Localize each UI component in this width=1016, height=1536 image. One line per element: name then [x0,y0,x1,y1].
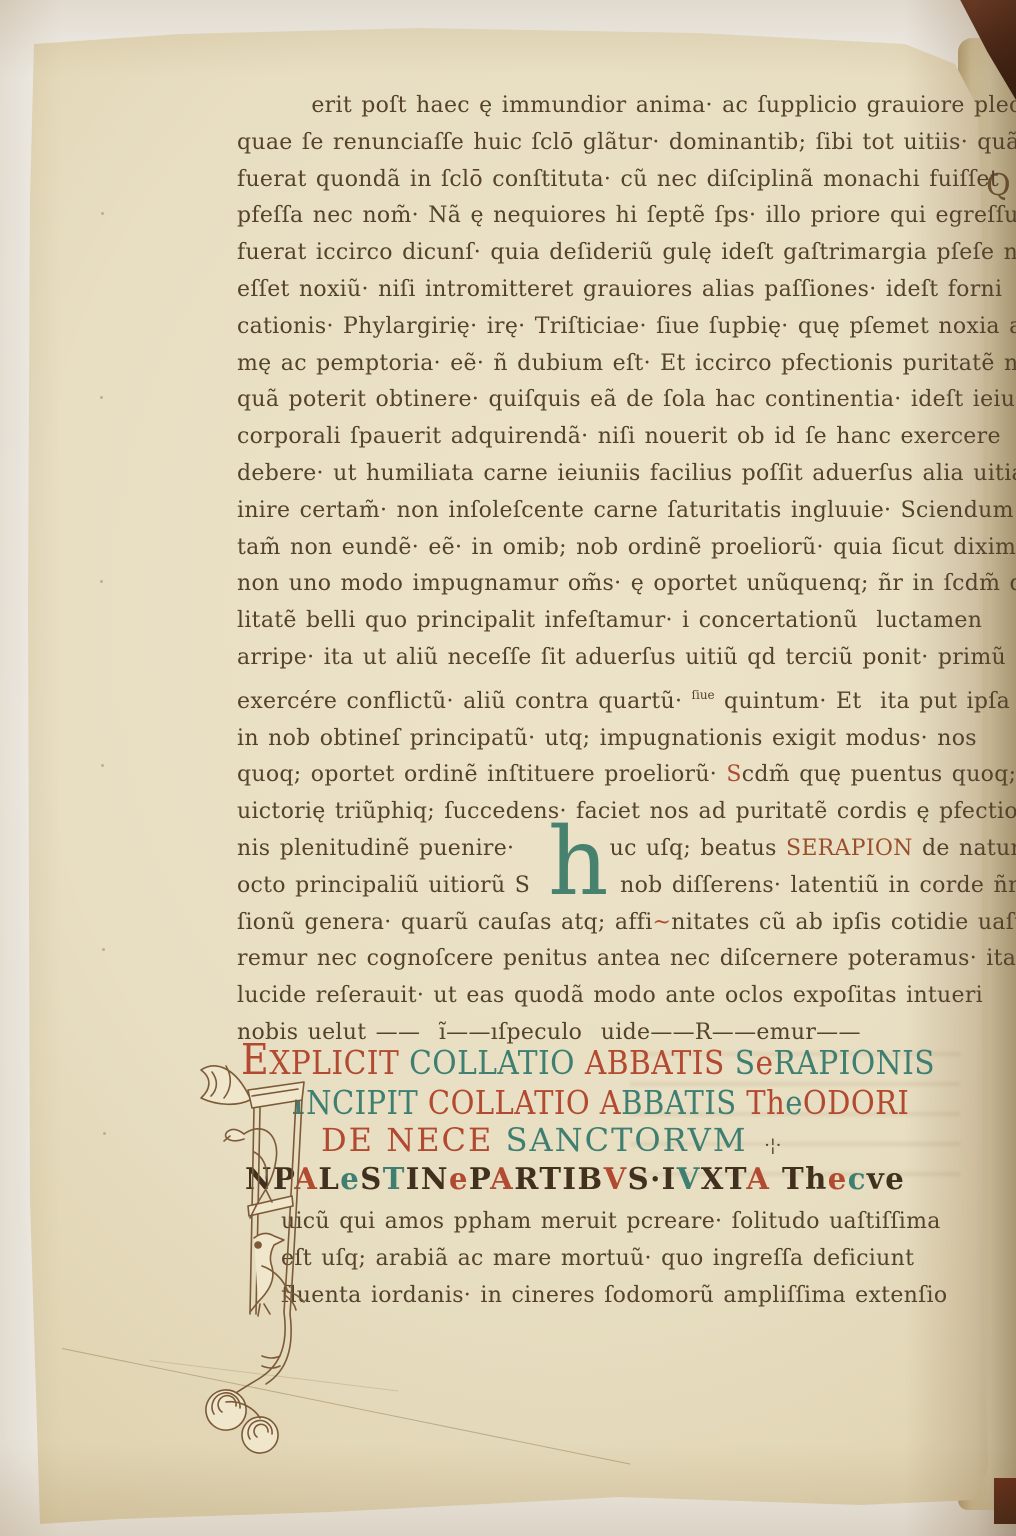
text-segment: e [340,1162,360,1197]
text-segment: e [885,1162,905,1197]
pen-initial-h: h [548,816,609,910]
text-segment: S [735,1043,756,1082]
text-segment: exercére conflictũ· aliũ contra quartũ· [237,689,692,714]
text-segment: · [650,1162,662,1197]
text-segment: I [406,1162,421,1197]
text-line: uictorię triũphiq; ſuccedens· faciet nos… [237,794,997,831]
text-line: mę ac pemptoria· eẽ· ñ dubium eſt· Et ic… [237,346,997,383]
text-segment [770,1162,782,1197]
text-segment: octo principaliũ uitiorũ S [237,873,530,898]
text-segment: A [490,1162,514,1197]
text-segment: T [383,1162,406,1197]
text-line: corporali ſpauerit adquirendã· niſi noue… [237,419,997,456]
prick-mark [102,948,105,951]
text-segment: ſiue [692,688,715,702]
text-line: arripe· ita ut aliũ neceſſe ſit aduerſus… [237,640,997,677]
text-segment: e [449,1162,469,1197]
text-line: eſt uſq; arabiã ac mare mortuũ· quo ingr… [281,1241,997,1278]
text-segment: e [828,1162,848,1197]
text-line: remur nec cognoſcere penitus antea nec d… [237,941,997,978]
text-segment: I [562,1162,577,1197]
text-line: in nob obtineſ principatũ· utq; impugnat… [237,721,997,758]
incipit-line: INCIPIT COLLATIO ABBATIS TheODORI [291,1080,921,1120]
text-line: tam̃ non eundẽ· eẽ· in omib; nob ordinẽ … [237,530,997,567]
text-line: exercére conflictũ· aliũ contra quartũ· … [237,677,997,721]
text-line: uicũ qui amos ppham meruit pcreare· ſoli… [281,1204,997,1241]
text-segment: e [785,1083,803,1122]
text-segment: nis plenitudinẽ puenire· [237,836,524,861]
text-line: quae ſe renunciaſſe huic ſclō glãtur· do… [237,125,997,162]
text-line: cationis· Phylargirię· irę· Triſticiae· … [237,309,997,346]
text-segment: quoq; oportet ordinẽ inſtituere proelior… [237,762,726,787]
manuscript-scan: Q erit poſt haec ę immundior anima· ac ſ… [0,0,1016,1536]
text-line: litatẽ belli quo principalit infeſtamur·… [237,603,997,640]
text-segment: A [600,1083,621,1122]
text-segment: NCIPIT [306,1083,428,1122]
text-line: debere· ut humiliata carne ieiuniis faci… [237,456,997,493]
text-segment: DE NECE [321,1121,506,1159]
explicit-line: EXPLICIT COLLATIO ABBATIS SeRAPIONIS [241,1040,930,1080]
main-text-block: erit poſt haec ę immundior anima· ac ſup… [237,88,997,1052]
text-segment: B [578,1162,604,1197]
text-segment: SERAPION [786,836,913,861]
text-segment: c [848,1162,867,1197]
text-segment: S [360,1162,382,1197]
text-segment: nob diſſerens· latentiũ in corde ñro paſ [620,873,1016,898]
text-segment: SANCTORVM [506,1121,748,1159]
text-segment: X [701,1162,725,1197]
text-line: octo principaliũ uitiorũ Snob diſſerens·… [237,868,997,905]
text-segment: V [604,1162,628,1197]
display-capitals-line: NPALeSTINePARTIBVS·IVXTA Thecve [245,1160,984,1200]
text-segment: COLLATIO [409,1043,585,1082]
prick-mark [100,396,103,399]
prick-mark [101,764,104,767]
text-segment: L [318,1162,340,1197]
text-segment: S [628,1162,650,1197]
text-segment: Th [746,1083,785,1122]
text-line: pfeſſa nec nom̃· Nã ę nequiores hi ſeptẽ… [237,198,997,235]
text-segment: R [514,1162,539,1197]
decorated-initial-i-icon [192,1056,312,1458]
text-segment: nitates cũ ab ipſis cotidie uaſta [671,910,1016,935]
text-line: fluenta iordanis· in cineres ſodomorũ am… [281,1278,997,1315]
prick-mark [100,580,103,583]
text-segment: e [755,1043,773,1082]
text-segment: P [469,1162,490,1197]
text-segment: h [805,1162,828,1197]
text-segment: S [726,762,741,787]
text-line: ſionũ genera· quarũ cauſas atq; affi~nit… [237,905,997,942]
text-line: nis plenitudinẽ puenire· uc uſq; beatus … [237,831,997,868]
text-segment: ·¦· [747,1136,781,1156]
text-segment: ABBATIS [585,1043,735,1082]
text-segment: I [662,1162,677,1197]
lower-text-block: uicũ qui amos ppham meruit pcreare· ſoli… [281,1204,997,1314]
text-segment: cdm̃ quę puentus quoq; [742,762,1016,787]
text-segment: ~ [653,910,672,935]
text-segment: T [539,1162,562,1197]
text-segment: BBATIS [621,1083,746,1122]
text-segment: RAPIONIS [774,1043,936,1082]
text-line: fuerat quondã in ſclō conſtituta· cũ nec… [237,162,997,199]
text-line: non uno modo impugnamur om̃s· ę oportet … [237,566,997,603]
text-segment: V [677,1162,701,1197]
text-segment: N [421,1162,449,1197]
text-segment: v [867,1162,885,1197]
text-segment: ODORI [803,1083,909,1122]
rubric-block: EXPLICIT COLLATIO ABBATIS SeRAPIONIS INC… [237,1040,1007,1200]
text-line: inire certam̃· non inſoleſcente carne ſa… [237,493,997,530]
text-segment: uc uſq; beatus [610,836,786,861]
text-segment: COLLATIO [428,1083,600,1122]
text-line: eſſet noxiũ· niſi intromitteret grauiore… [237,272,997,309]
binding-edge-bottom [994,1478,1016,1524]
text-segment: A [746,1162,770,1197]
prick-mark [101,212,104,215]
text-segment: T [725,1162,747,1197]
text-line: erit poſt haec ę immundior anima· ac ſup… [237,88,997,125]
text-line: fuerat iccirco dicunſ· quia deſideriũ gu… [237,235,997,272]
prick-mark [103,1132,106,1135]
text-line: lucide reſerauit· ut eas quodã modo ante… [237,978,997,1015]
text-segment: T [782,1162,805,1197]
title-line: DE NECE SANCTORVM ·¦· [321,1120,1007,1160]
text-segment: quintum· Et ita put ipſa uitia [715,689,1016,714]
text-line: quoq; oportet ordinẽ inſtituere proelior… [237,757,997,794]
text-line: quã poterit obtinere· quiſquis eã de ſol… [237,382,997,419]
text-segment: de natura [913,836,1016,861]
